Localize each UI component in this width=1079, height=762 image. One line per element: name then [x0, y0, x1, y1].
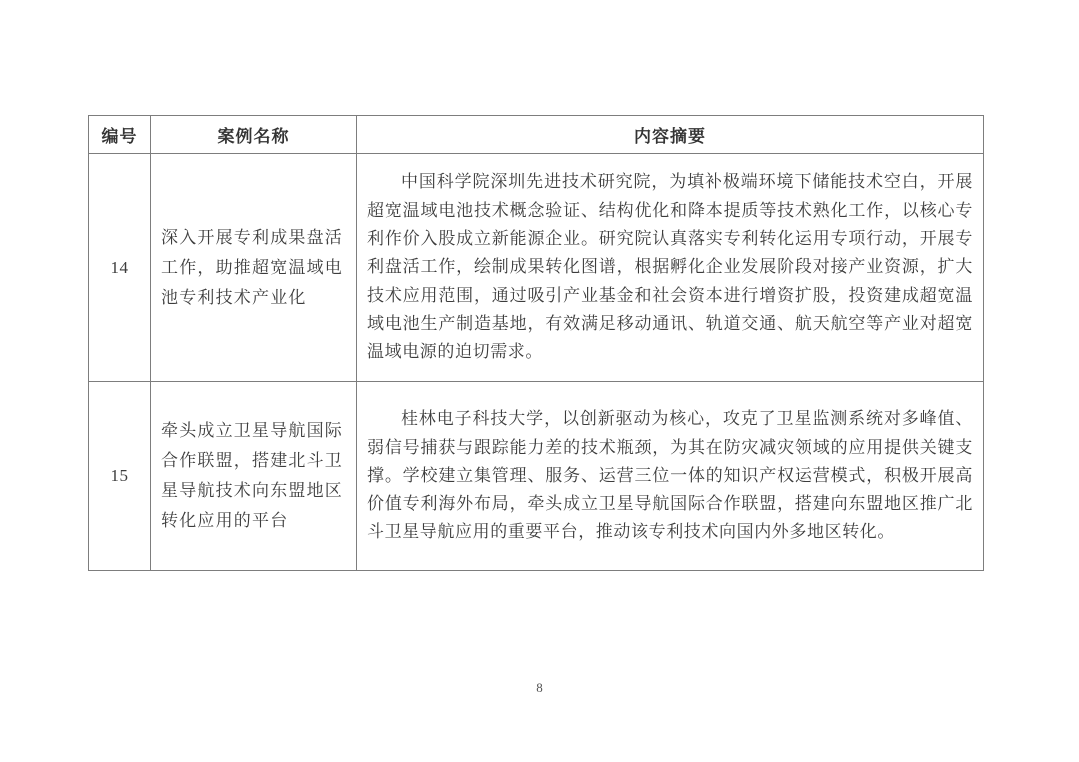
case-summary-cell: 桂林电子科技大学，以创新驱动为核心，攻克了卫星监测系统对多峰值、弱信号捕获与跟踪… [357, 382, 984, 571]
case-id: 15 [89, 382, 151, 571]
table-row: 15 牵头成立卫星导航国际合作联盟，搭建北斗卫星导航技术向东盟地区转化应用的平台… [89, 382, 984, 571]
case-name: 牵头成立卫星导航国际合作联盟，搭建北斗卫星导航技术向东盟地区转化应用的平台 [151, 382, 357, 571]
case-summary-cell: 中国科学院深圳先进技术研究院，为填补极端环境下储能技术空白，开展超宽温域电池技术… [357, 154, 984, 382]
case-table: 编号 案例名称 内容摘要 14 深入开展专利成果盘活工作，助推超宽温域电池专利技… [88, 115, 984, 571]
header-summary: 内容摘要 [357, 116, 984, 154]
case-summary-text: 中国科学院深圳先进技术研究院，为填补极端环境下储能技术空白，开展超宽温域电池技术… [367, 168, 973, 366]
header-case-name: 案例名称 [151, 116, 357, 154]
document-page: 编号 案例名称 内容摘要 14 深入开展专利成果盘活工作，助推超宽温域电池专利技… [0, 0, 1079, 762]
header-id: 编号 [89, 116, 151, 154]
page-number: 8 [0, 680, 1079, 696]
table-header-row: 编号 案例名称 内容摘要 [89, 116, 984, 154]
case-summary-text: 桂林电子科技大学，以创新驱动为核心，攻克了卫星监测系统对多峰值、弱信号捕获与跟踪… [367, 405, 973, 546]
case-id: 14 [89, 154, 151, 382]
case-name: 深入开展专利成果盘活工作，助推超宽温域电池专利技术产业化 [151, 154, 357, 382]
table-row: 14 深入开展专利成果盘活工作，助推超宽温域电池专利技术产业化 中国科学院深圳先… [89, 154, 984, 382]
